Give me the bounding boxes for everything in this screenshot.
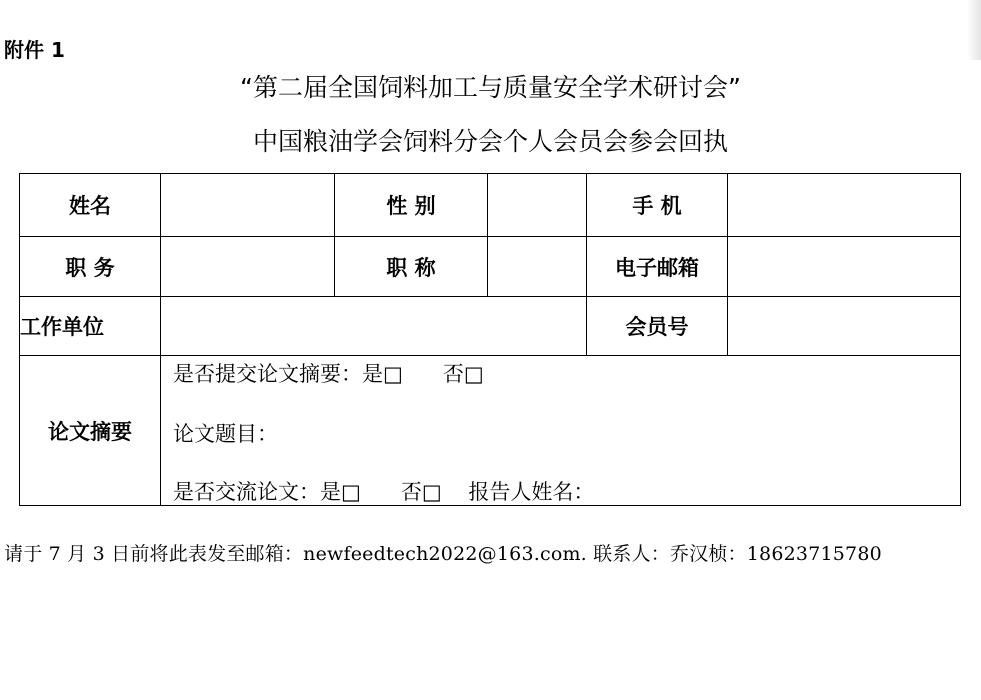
table-row: 姓名 性 别 手 机 xyxy=(20,174,961,237)
abstract-label: 论文摘要 xyxy=(20,356,161,506)
gender-field[interactable] xyxy=(488,174,587,237)
workplace-label: 工作单位 xyxy=(20,297,161,356)
email-field[interactable] xyxy=(728,237,961,297)
attachment-label: 附件 1 xyxy=(4,34,65,63)
exchange-paper-option[interactable]: 是否交流论文：是□ 否□ 报告人姓名： xyxy=(173,476,594,506)
position-field[interactable] xyxy=(161,237,335,297)
page-edge-shadow xyxy=(967,0,981,60)
table-row: 工作单位 会员号 xyxy=(20,297,961,356)
member-number-field[interactable] xyxy=(728,297,961,356)
phone-label: 手 机 xyxy=(587,174,728,237)
abstract-field[interactable]: 是否提交论文摘要：是□ 否□ 论文题目： 是否交流论文：是□ 否□ 报告人姓名： xyxy=(161,356,961,506)
paper-title-field[interactable]: 论文题目： xyxy=(173,418,278,448)
name-field[interactable] xyxy=(161,174,335,237)
submission-note: 请于 7 月 3 日前将此表发至邮箱：newfeedtech2022@163.c… xyxy=(4,539,882,566)
workplace-field[interactable] xyxy=(161,297,587,356)
table-row: 职 务 职 称 电子邮箱 xyxy=(20,237,961,297)
email-label: 电子邮箱 xyxy=(587,237,728,297)
submit-abstract-option[interactable]: 是否提交论文摘要：是□ 否□ xyxy=(173,358,484,388)
member-number-label: 会员号 xyxy=(587,297,728,356)
gender-label: 性 别 xyxy=(335,174,488,237)
table-row: 论文摘要 是否提交论文摘要：是□ 否□ 论文题目： 是否交流论文：是□ 否□ 报… xyxy=(20,356,961,506)
document-title-line1: “第二届全国饲料加工与质量安全学术研讨会” xyxy=(0,68,981,104)
professional-title-field[interactable] xyxy=(488,237,587,297)
position-label: 职 务 xyxy=(20,237,161,297)
name-label: 姓名 xyxy=(20,174,161,237)
document-title-line2: 中国粮油学会饲料分会个人会员会参会回执 xyxy=(0,122,981,158)
phone-field[interactable] xyxy=(728,174,961,237)
registration-form-table: 姓名 性 别 手 机 职 务 职 称 电子邮箱 工作单位 会员号 论文摘要 是否… xyxy=(19,173,961,506)
professional-title-label: 职 称 xyxy=(335,237,488,297)
